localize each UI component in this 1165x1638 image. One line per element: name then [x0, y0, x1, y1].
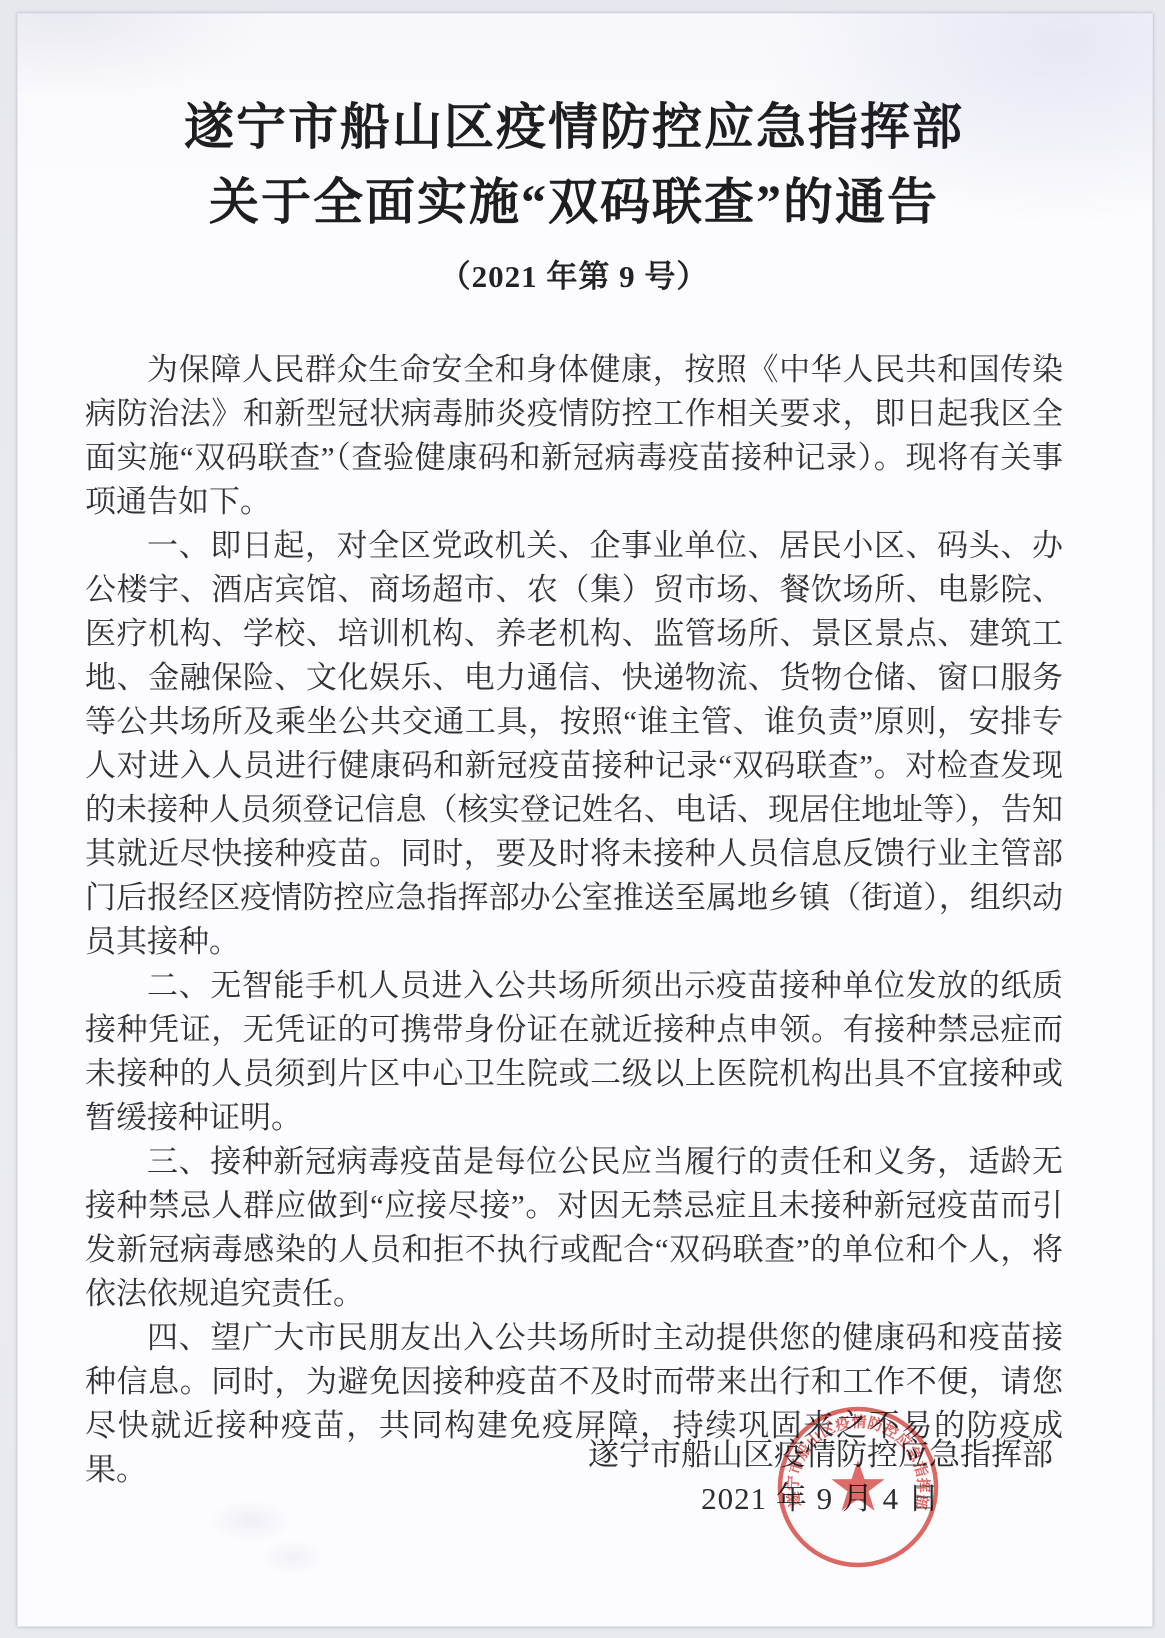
document-content: 遂宁市船山区疫情防控应急指挥部 关于全面实施“双码联查”的通告 （2021 年第…: [85, 13, 1063, 1492]
paragraph-intro: 为保障人民群众生命安全和身体健康，按照《中华人民共和国传染病防治法》和新型冠状病…: [85, 348, 1063, 524]
document-page: 遂宁市船山区疫情防控应急指挥部 关于全面实施“双码联查”的通告 （2021 年第…: [17, 13, 1153, 1627]
paragraph-item-1: 一、即日起，对全区党政机关、企事业单位、居民小区、码头、办公楼宇、酒店宾馆、商场…: [85, 524, 1063, 964]
signature-date: 2021 年 9 月 4 日: [588, 1477, 1053, 1521]
signature-block: 遂宁市船山区疫情防控应急指挥部 2021 年 9 月 4 日: [588, 1433, 1053, 1521]
document-title-line1: 遂宁市船山区疫情防控应急指挥部: [85, 13, 1063, 159]
scan-background: 遂宁市船山区疫情防控应急指挥部 关于全面实施“双码联查”的通告 （2021 年第…: [0, 0, 1165, 1638]
document-number: （2021 年第 9 号）: [85, 257, 1063, 297]
document-body: 为保障人民群众生命安全和身体健康，按照《中华人民共和国传染病防治法》和新型冠状病…: [85, 348, 1063, 1492]
document-title-line2: 关于全面实施“双码联查”的通告: [85, 170, 1063, 234]
paragraph-item-2: 二、无智能手机人员进入公共场所须出示疫苗接种单位发放的纸质接种凭证，无凭证的可携…: [85, 964, 1063, 1140]
paragraph-item-3: 三、接种新冠病毒疫苗是每位公民应当履行的责任和义务，适龄无接种禁忌人群应做到“应…: [85, 1140, 1063, 1316]
signature-organization: 遂宁市船山区疫情防控应急指挥部: [588, 1433, 1053, 1477]
